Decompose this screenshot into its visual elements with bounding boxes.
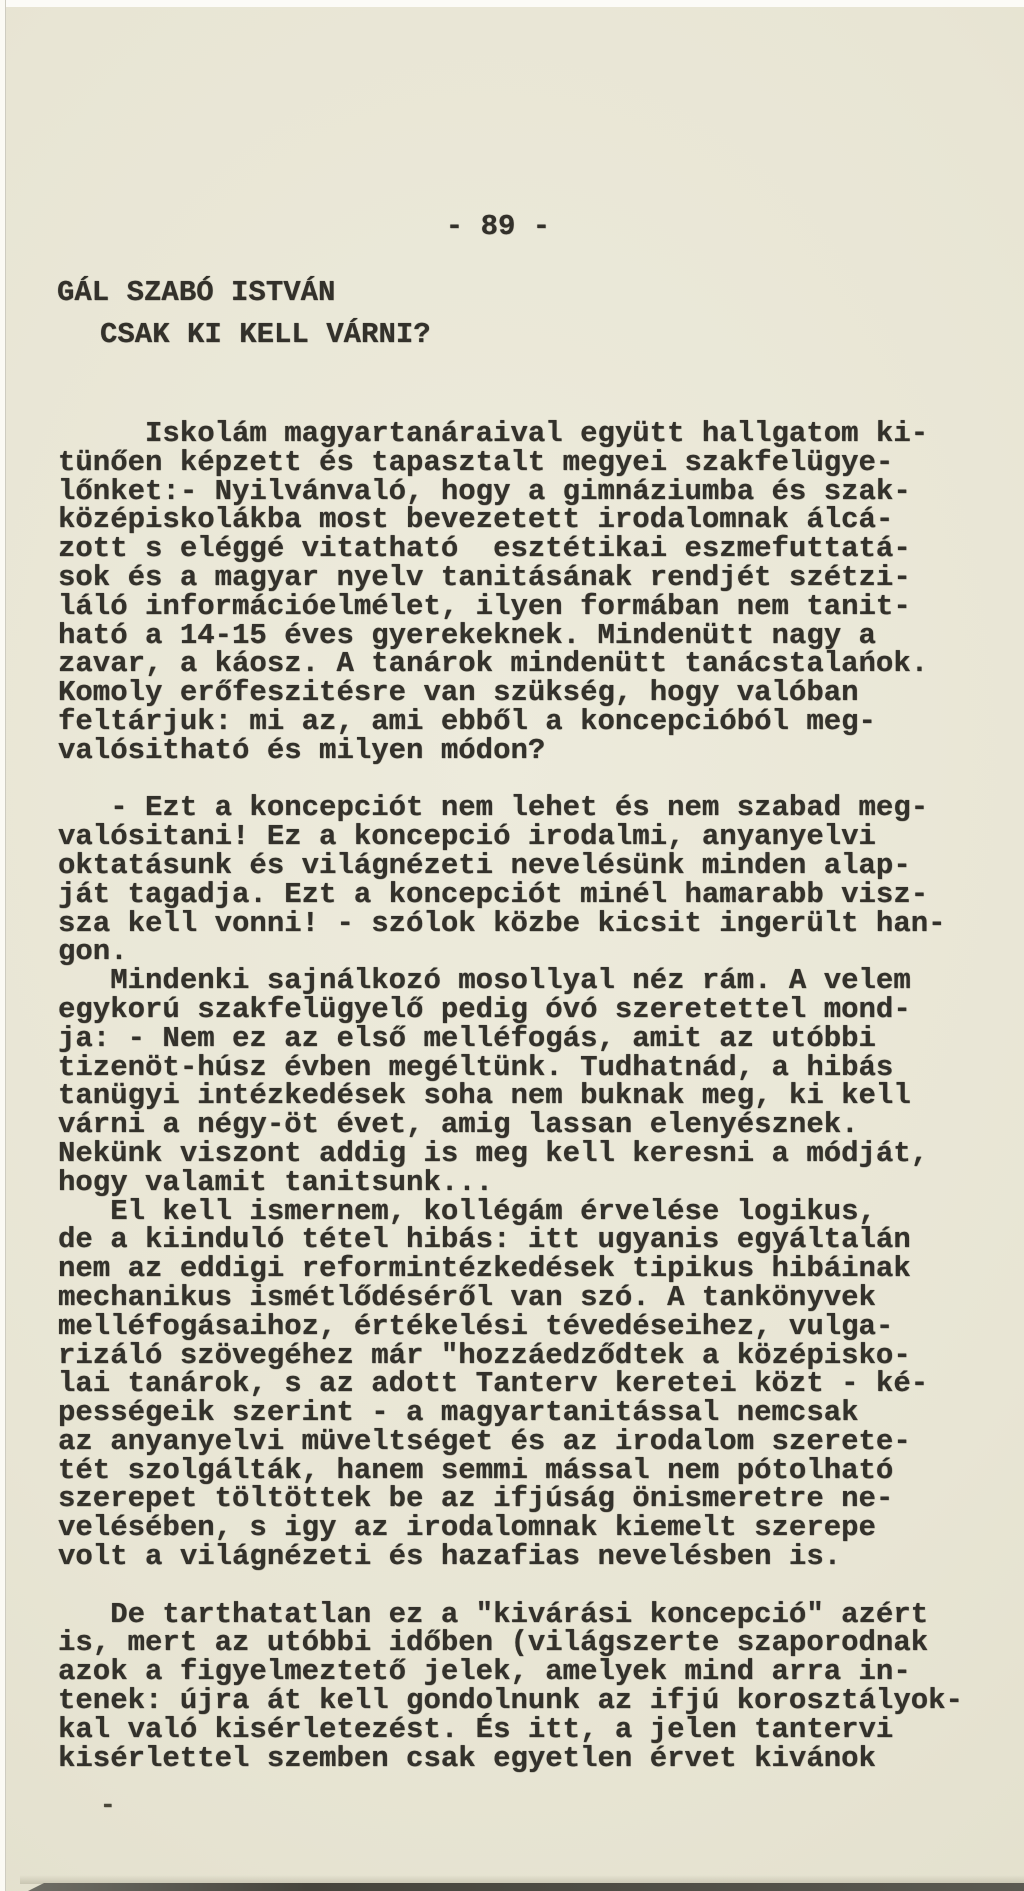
text-line: Iskolám magyartanáraival együtt hallgato… xyxy=(58,420,1008,449)
text-line: lai tanárok, s az adott Tanterv keretei … xyxy=(58,1370,1008,1399)
text-line: De tarthatatlan ez a "kivárási koncepció… xyxy=(58,1601,1008,1630)
paragraph-gap xyxy=(58,766,1008,795)
text-line: is, mert az utóbbi időben (világszerte s… xyxy=(58,1629,1008,1658)
text-line: El kell ismernem, kollégám érvelése logi… xyxy=(58,1198,1008,1227)
text-line: lőnket:- Nyilvánvaló, hogy a gimnáziumba… xyxy=(58,478,1008,507)
paragraph-gap xyxy=(58,1572,1008,1601)
stray-dash-mark: - xyxy=(100,1790,116,1820)
text-line: zott s eléggé vitatható esztétikai eszme… xyxy=(58,535,1008,564)
text-line: középiskolákba most bevezetett irodalomn… xyxy=(58,506,1008,535)
scanned-document-page: - 89 - GÁL SZABÓ ISTVÁN CSAK KI KELL VÁR… xyxy=(0,0,1024,1891)
scan-edge-left xyxy=(0,0,6,1891)
article-title: CSAK KI KELL VÁRNI? xyxy=(100,318,431,351)
text-line: kisérlettel szemben csak egyetlen érvet … xyxy=(58,1745,1008,1774)
text-line: pességeik szerint - a magyartanitással n… xyxy=(58,1399,1008,1428)
text-line: kal való kisérletezést. És itt, a jelen … xyxy=(58,1716,1008,1745)
text-line: mechanikus ismétlődéséről van szó. A tan… xyxy=(58,1284,1008,1313)
text-line: melléfogásaihoz, értékelési tévedéseihez… xyxy=(58,1313,1008,1342)
text-line: Mindenki sajnálkozó mosollyal néz rám. A… xyxy=(58,967,1008,996)
author-name: GÁL SZABÓ ISTVÁN xyxy=(57,276,335,309)
text-line: - Ezt a koncepciót nem lehet és nem szab… xyxy=(58,794,1008,823)
text-line: várni a négy-öt évet, amig lassan elenyé… xyxy=(58,1111,1008,1140)
page-number: - 89 - xyxy=(0,210,1010,243)
text-line: tanügyi intézkedések soha nem buknak meg… xyxy=(58,1082,1008,1111)
scan-edge-bottom xyxy=(28,1883,1024,1891)
text-line: sok és a magyar nyelv tanitásának rendjé… xyxy=(58,564,1008,593)
text-line: tünően képzett és tapasztalt megyei szak… xyxy=(58,449,1008,478)
text-line: zavar, a káosz. A tanárok mindenütt taná… xyxy=(58,650,1008,679)
text-line: ható a 14-15 éves gyerekeknek. Mindenütt… xyxy=(58,622,1008,651)
text-line: szerepet töltöttek be az ifjúság önismer… xyxy=(58,1485,1008,1514)
text-line: valósitani! Ez a koncepció irodalmi, any… xyxy=(58,823,1008,852)
text-line: feltárjuk: mi az, ami ebből a koncepciób… xyxy=(58,708,1008,737)
text-line: Nekünk viszont addig is meg kell keresni… xyxy=(58,1140,1008,1169)
text-line: Komoly erőfeszitésre van szükség, hogy v… xyxy=(58,679,1008,708)
text-line: nem az eddigi reformintézkedések tipikus… xyxy=(58,1255,1008,1284)
text-line: de a kiinduló tétel hibás: itt ugyanis e… xyxy=(58,1226,1008,1255)
text-line: hogy valamit tanitsunk... xyxy=(58,1169,1008,1198)
text-line: velésében, s igy az irodalomnak kiemelt … xyxy=(58,1514,1008,1543)
text-line: ja: - Nem ez az első melléfogás, amit az… xyxy=(58,1025,1008,1054)
text-line: tenek: újra át kell gondolnunk az ifjú k… xyxy=(58,1687,1008,1716)
text-line: gon. xyxy=(58,938,1008,967)
text-line: tizenöt-húsz évben megéltünk. Tudhatnád,… xyxy=(58,1054,1008,1083)
text-line: tét szolgálták, hanem semmi mással nem p… xyxy=(58,1457,1008,1486)
text-line: sza kell vonni! - szólok közbe kicsit in… xyxy=(58,910,1008,939)
text-line: az anyanyelvi müveltséget és az irodalom… xyxy=(58,1428,1008,1457)
text-line: egykorú szakfelügyelő pedig óvó szeretet… xyxy=(58,996,1008,1025)
text-line: ját tagadja. Ezt a koncepciót minél hama… xyxy=(58,881,1008,910)
page-body: Iskolám magyartanáraival együtt hallgato… xyxy=(58,420,1008,1773)
text-line: láló információelmélet, ilyen formában n… xyxy=(58,593,1008,622)
scan-edge-bottom-shadow xyxy=(20,1875,1024,1884)
text-line: rizáló szövegéhez már "hozzáedződtek a k… xyxy=(58,1342,1008,1371)
text-line: oktatásunk és világnézeti nevelésünk min… xyxy=(58,852,1008,881)
text-line: valósitható és milyen módon? xyxy=(58,737,1008,766)
text-line: azok a figyelmeztető jelek, amelyek mind… xyxy=(58,1658,1008,1687)
text-line: volt a világnézeti és hazafias nevelésbe… xyxy=(58,1543,1008,1572)
scan-edge-top xyxy=(0,0,1024,7)
